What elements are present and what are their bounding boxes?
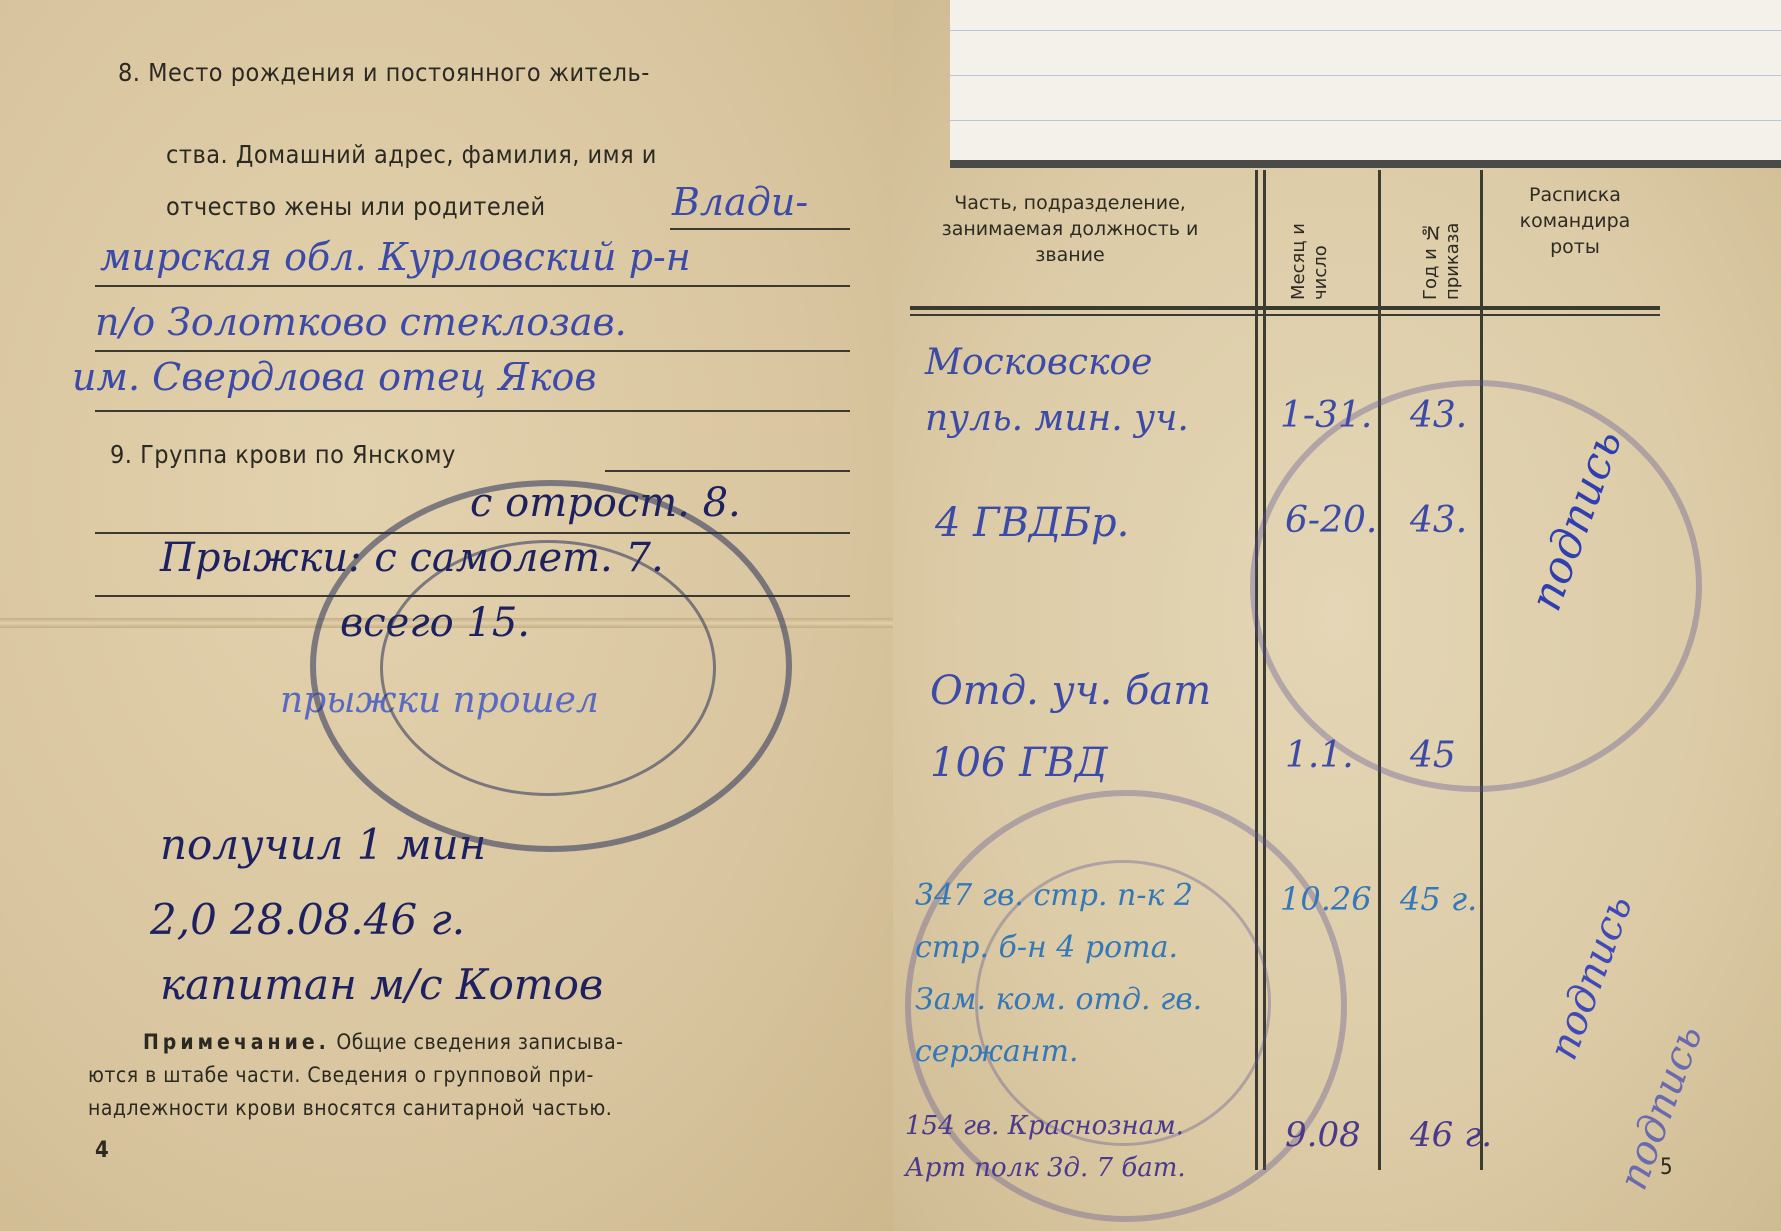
item8-hand-2: п/о Золотково стеклозав. bbox=[95, 300, 627, 344]
row-2-month-day: 1.1. bbox=[1285, 735, 1354, 776]
item8-hand-0: Влади- bbox=[672, 180, 808, 224]
row-2-year: 45 bbox=[1410, 735, 1456, 776]
item9-hand-5: 2,0 28.08.46 г. bbox=[150, 895, 465, 944]
row-0-year: 43. bbox=[1410, 395, 1467, 436]
item9-label: 9. Группа крови по Янскому bbox=[110, 440, 456, 469]
stamp-inner-circle bbox=[380, 540, 716, 796]
row-2-unit: Отд. уч. бат 106 ГВД bbox=[930, 655, 1250, 799]
rule bbox=[95, 350, 850, 352]
note-block: Примечание. Общие сведения записыва- bbox=[143, 1030, 624, 1054]
row-3-year: 45 г. bbox=[1400, 880, 1477, 918]
rule bbox=[670, 228, 850, 230]
item8-label-line1: 8. Место рождения и постоянного житель- bbox=[118, 58, 650, 87]
paper-line bbox=[950, 120, 1781, 121]
stamp-106-guards bbox=[1250, 380, 1702, 792]
note-text-line2: ются в штабе части. Сведения о групповой… bbox=[88, 1063, 594, 1087]
page-number-right: 5 bbox=[1660, 1155, 1673, 1180]
rule bbox=[95, 410, 850, 412]
inserted-paper bbox=[950, 0, 1781, 168]
left-page: 8. Место рождения и постоянного житель- … bbox=[0, 0, 895, 1231]
table-header-unit: Часть, подразделение, занимаемая должнос… bbox=[905, 190, 1235, 268]
row-4-unit: 154 гв. Краснознам. Арт полк 3д. 7 бат. bbox=[905, 1105, 1245, 1189]
row-3-unit: 347 гв. стр. п-к 2 стр. б-н 4 рота. Зам.… bbox=[915, 870, 1245, 1078]
table-header-month-day: Месяц и число bbox=[1288, 180, 1332, 300]
note-title: Примечание. bbox=[143, 1030, 330, 1054]
paper-line bbox=[950, 30, 1781, 31]
page-number-left: 4 bbox=[95, 1138, 109, 1163]
row-1-month-day: 6-20. bbox=[1285, 500, 1377, 541]
item8-label-line2: ства. Домашний адрес, фамилия, имя и bbox=[166, 140, 657, 169]
rule bbox=[605, 470, 850, 472]
paper-line bbox=[950, 75, 1781, 76]
table-header-signature: Расписка командира роты bbox=[1500, 182, 1650, 260]
header-double-rule bbox=[910, 306, 1660, 310]
note-text-line1: Общие сведения записыва- bbox=[336, 1030, 623, 1054]
row-4-year: 46 г. bbox=[1410, 1115, 1492, 1155]
item9-hand-6: капитан м/с Котов bbox=[160, 960, 603, 1009]
note-text-line3: надлежности крови вносятся санитарной ча… bbox=[88, 1096, 612, 1120]
row-0-unit: Московское пуль. мин. уч. bbox=[925, 335, 1245, 447]
row-4-month-day: 9.08 bbox=[1285, 1115, 1361, 1155]
table-header-year-order: Год и № приказа bbox=[1420, 180, 1464, 300]
item8-hand-1: мирская обл. Курловский р-н bbox=[100, 235, 691, 279]
row-3-month-day: 10.26 bbox=[1280, 880, 1372, 918]
item8-label-line3: отчество жены или родителей bbox=[166, 192, 546, 221]
row-1-unit: 4 ГВДБр. bbox=[935, 500, 1255, 546]
row-1-year: 43. bbox=[1410, 500, 1467, 541]
row-0-month-day: 1-31. bbox=[1280, 395, 1372, 436]
item8-hand-3: им. Свердлова отец Яков bbox=[72, 355, 597, 399]
rule bbox=[95, 285, 850, 287]
header-double-rule bbox=[910, 314, 1660, 316]
